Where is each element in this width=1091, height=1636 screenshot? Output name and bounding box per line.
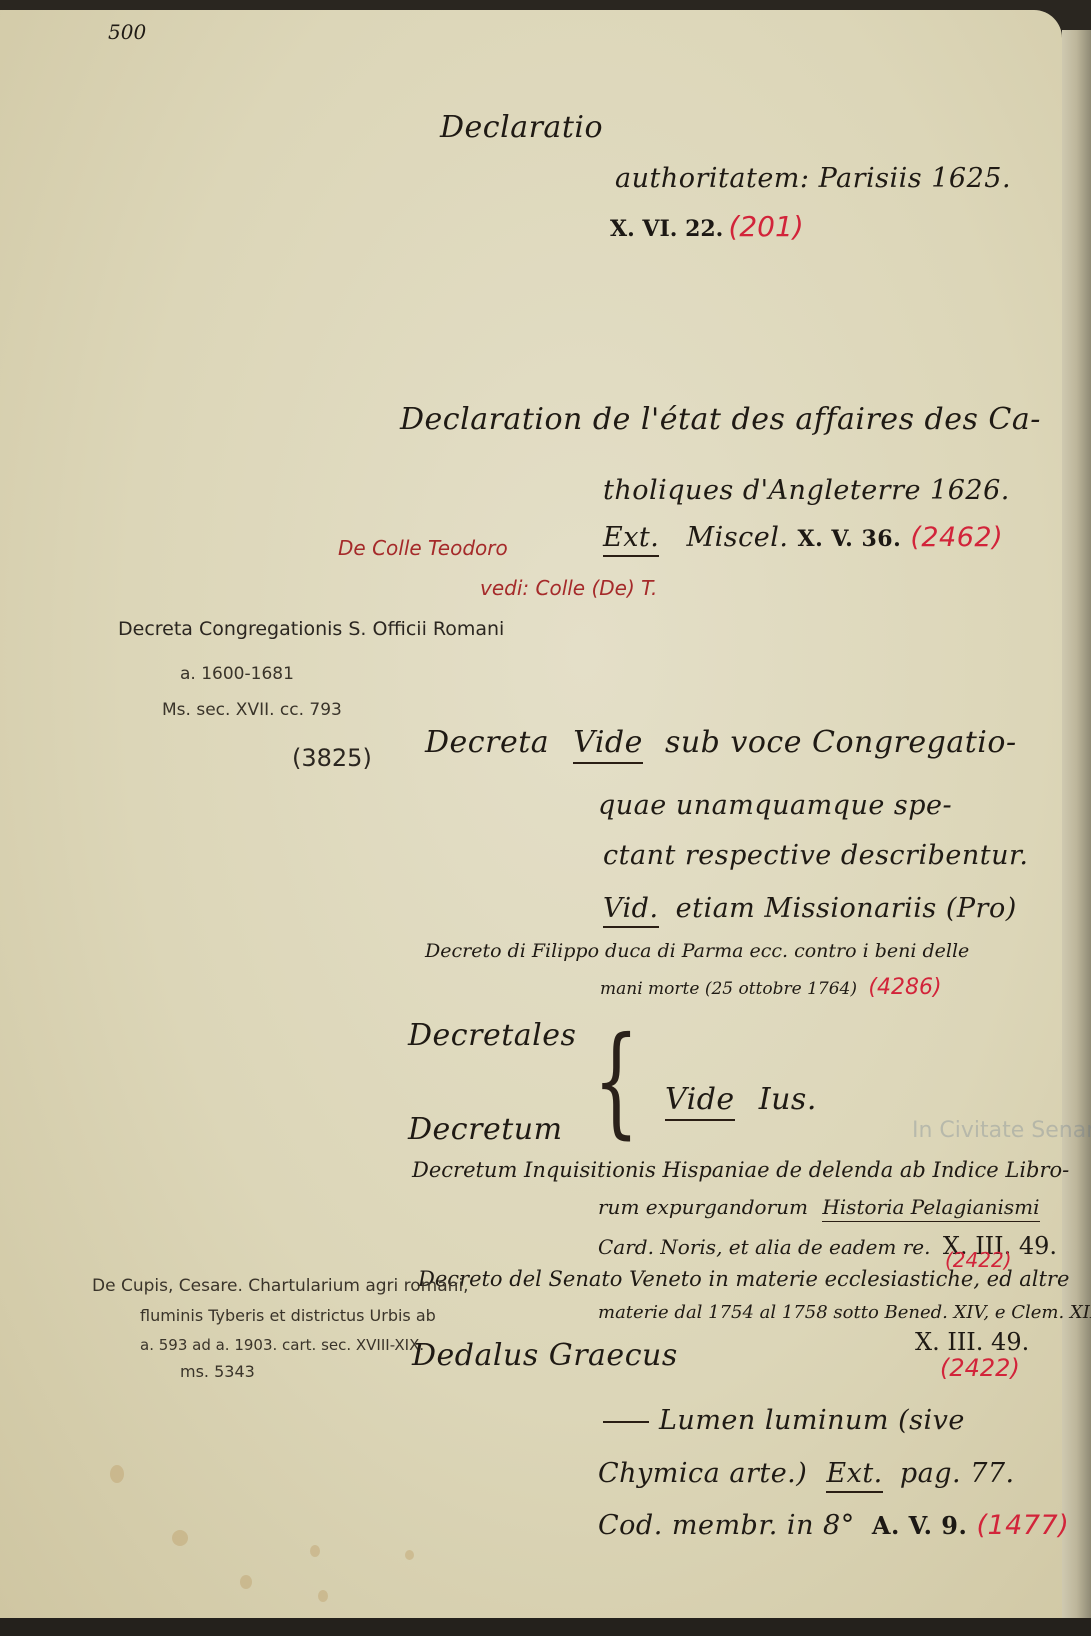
cross-ref-note: De Colle Teodoro bbox=[338, 536, 508, 560]
shelfmark: X. VI. 22. bbox=[610, 216, 723, 242]
cross-ref-note: vedi: Colle (De) T. bbox=[480, 576, 657, 600]
catalog-ref: (4286) bbox=[868, 975, 941, 1000]
heading-text: Decreta bbox=[425, 725, 549, 760]
entry-heading-dedalus: Dedalus Graecus bbox=[412, 1338, 678, 1373]
entry-line: Decreto del Senato Veneto in materie ecc… bbox=[418, 1267, 1069, 1291]
page-edge-right bbox=[1062, 30, 1091, 1620]
cross-ref-target: Ius. bbox=[759, 1082, 817, 1117]
margin-note: Ms. sec. XVII. cc. 793 bbox=[162, 700, 342, 720]
ext-label: Ext. bbox=[603, 522, 659, 557]
bleed-through-line: In Civitate Senarum conserva- bbox=[912, 1118, 1091, 1143]
entry-line: Lumen luminum (sive bbox=[603, 1405, 965, 1436]
stain bbox=[310, 1545, 320, 1557]
shelfmark: A. V. 9. bbox=[872, 1511, 968, 1540]
entry-line: Cod. membr. in 8° A. V. 9. (1477) bbox=[598, 1510, 1069, 1541]
entry-text: pag. 77. bbox=[900, 1458, 1015, 1489]
vide-label: Vide bbox=[573, 725, 643, 764]
entry-text: Cod. membr. in 8° bbox=[598, 1510, 855, 1541]
entry-line: quae unamquamque spe- bbox=[598, 790, 952, 821]
stain bbox=[318, 1590, 328, 1602]
entry-line: Decretum Inquisitionis Hispaniae de dele… bbox=[412, 1158, 1069, 1182]
stain bbox=[405, 1550, 414, 1560]
entry-line: tholiques d'Angleterre 1626. bbox=[603, 475, 1010, 506]
margin-note: a. 1600-1681 bbox=[180, 664, 294, 684]
miscel-label: Miscel. bbox=[686, 522, 788, 553]
entry-heading-decretum: Decretum bbox=[408, 1112, 563, 1147]
entry-line: Decreto di Filippo duca di Parma ecc. co… bbox=[425, 940, 969, 962]
catalog-ref: (2422) bbox=[940, 1354, 1020, 1382]
page-number: 500 bbox=[108, 20, 146, 44]
entry-line: Chymica arte.) Ext. pag. 77. bbox=[598, 1458, 1015, 1489]
entry-heading-decretales: Decretales bbox=[408, 1018, 576, 1053]
margin-note: De Cupis, Cesare. Chartularium agri roma… bbox=[92, 1276, 469, 1296]
margin-note: fluminis Tyberis et districtus Urbis ab bbox=[140, 1306, 436, 1325]
entry-text: rum expurgandorum bbox=[598, 1195, 808, 1219]
entry-line: materie dal 1754 al 1758 sotto Bened. XI… bbox=[598, 1302, 1091, 1323]
shelfmark: X. III. 49. bbox=[915, 1328, 1029, 1356]
stain bbox=[240, 1575, 252, 1589]
margin-note: Decreta Congregationis S. Officii Romani bbox=[118, 618, 504, 640]
brace-symbol: { bbox=[593, 1022, 639, 1142]
ext-label: Ext. bbox=[826, 1458, 882, 1493]
margin-note: a. 593 ad a. 1903. cart. sec. XVIII-XIX. bbox=[140, 1336, 424, 1354]
dash bbox=[603, 1421, 649, 1423]
title-underlined: Historia Pelagianismi bbox=[822, 1195, 1039, 1222]
vid-label: Vid. bbox=[603, 893, 659, 928]
shelfmark: X. V. 36. bbox=[798, 526, 902, 552]
catalog-ref: (2462) bbox=[910, 522, 1003, 553]
stain bbox=[172, 1530, 188, 1546]
shelfmark-line: Ext. Miscel. X. V. 36. (2462) bbox=[603, 522, 1003, 553]
vide-label: Vide bbox=[665, 1082, 735, 1121]
entry-text: etiam Missionariis (Pro) bbox=[676, 893, 1017, 924]
entry-text: sub voce Congregatio- bbox=[665, 725, 1017, 760]
cross-ref: Vide Ius. bbox=[665, 1082, 817, 1117]
entry-text: mani morte (25 ottobre 1764) bbox=[600, 979, 857, 999]
entry-line: ctant respective describentur. bbox=[603, 840, 1029, 871]
catalog-ref: (1477) bbox=[976, 1510, 1069, 1541]
margin-note: ms. 5343 bbox=[180, 1362, 255, 1381]
entry-text: Card. Noris, et alia de eadem re. bbox=[598, 1235, 930, 1259]
entry-line: mani morte (25 ottobre 1764) (4286) bbox=[600, 975, 942, 1000]
entry-line: rum expurgandorum Historia Pelagianismi bbox=[598, 1195, 1040, 1219]
book-shadow bbox=[0, 1618, 1091, 1636]
stain bbox=[110, 1465, 124, 1483]
entry-heading-declaratio: Declaratio bbox=[440, 110, 603, 145]
entry-line: authoritatem: Parisiis 1625. bbox=[615, 163, 1011, 194]
entry-heading-decreta: Decreta Vide sub voce Congregatio- bbox=[425, 725, 1017, 760]
catalog-ref: (3825) bbox=[292, 744, 372, 772]
catalog-ref: (201) bbox=[728, 210, 803, 243]
entry-line: Vid. etiam Missionariis (Pro) bbox=[603, 893, 1017, 924]
shelfmark-line: X. VI. 22. (201) bbox=[610, 210, 804, 243]
entry-heading-declaration: Declaration de l'état des affaires des C… bbox=[400, 402, 1041, 437]
entry-text: Lumen luminum (sive bbox=[659, 1405, 965, 1436]
entry-text: Chymica arte.) bbox=[598, 1458, 807, 1489]
